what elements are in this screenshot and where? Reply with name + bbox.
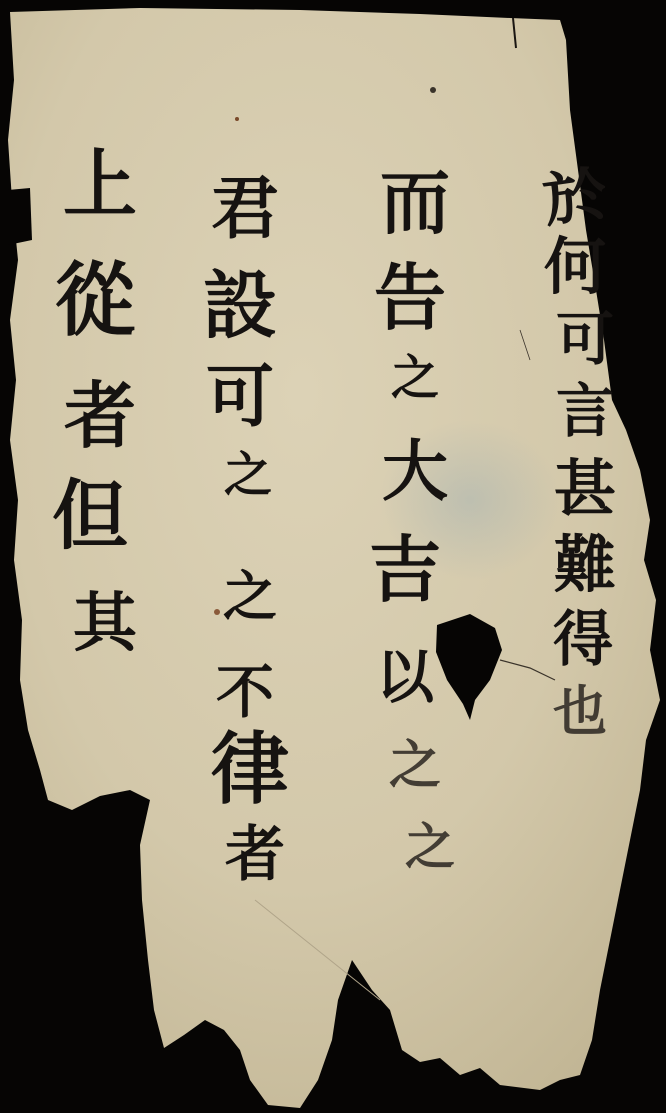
column-1: 於 何 可 言 甚 難 得 也 [520,168,630,738]
char: 何 [544,236,606,298]
column-3: 君 設 可 之 之 不 律 者 [185,175,295,885]
char: 可 [556,310,614,368]
char: 甚 [554,458,616,520]
char: 可 [206,363,274,431]
char: 得 [553,610,613,670]
char: 其 [73,592,137,656]
char: 君 [211,175,279,243]
char: 告 [374,262,446,334]
char: 不 [216,663,274,721]
char: 之 [391,354,439,402]
char: 設 [203,269,277,343]
char: 者 [225,825,285,885]
char: 者 [64,380,136,452]
manuscript-photo: 於 何 可 言 甚 難 得 也 而 告 之 大 吉 以 之 之 君 設 可 之 … [0,0,666,1113]
char: 之 [223,569,277,623]
char: 大 [382,438,448,504]
char: 吉 [369,534,441,606]
char: 言 [556,382,614,440]
column-2: 而 告 之 大 吉 以 之 之 [345,168,455,872]
char: 律 [211,731,289,809]
char: 難 [554,534,616,596]
char: 於 [539,164,610,230]
char: 但 [52,478,128,554]
char: 之 [224,451,272,499]
char: 也 [553,684,607,738]
column-4: 上 從 者 但 其 [40,148,140,656]
char: 上 [63,148,137,222]
char: 之 [405,822,455,872]
char: 而 [380,168,450,238]
char: 之 [389,740,441,792]
char: 從 [55,260,135,340]
char: 以 [376,648,434,706]
